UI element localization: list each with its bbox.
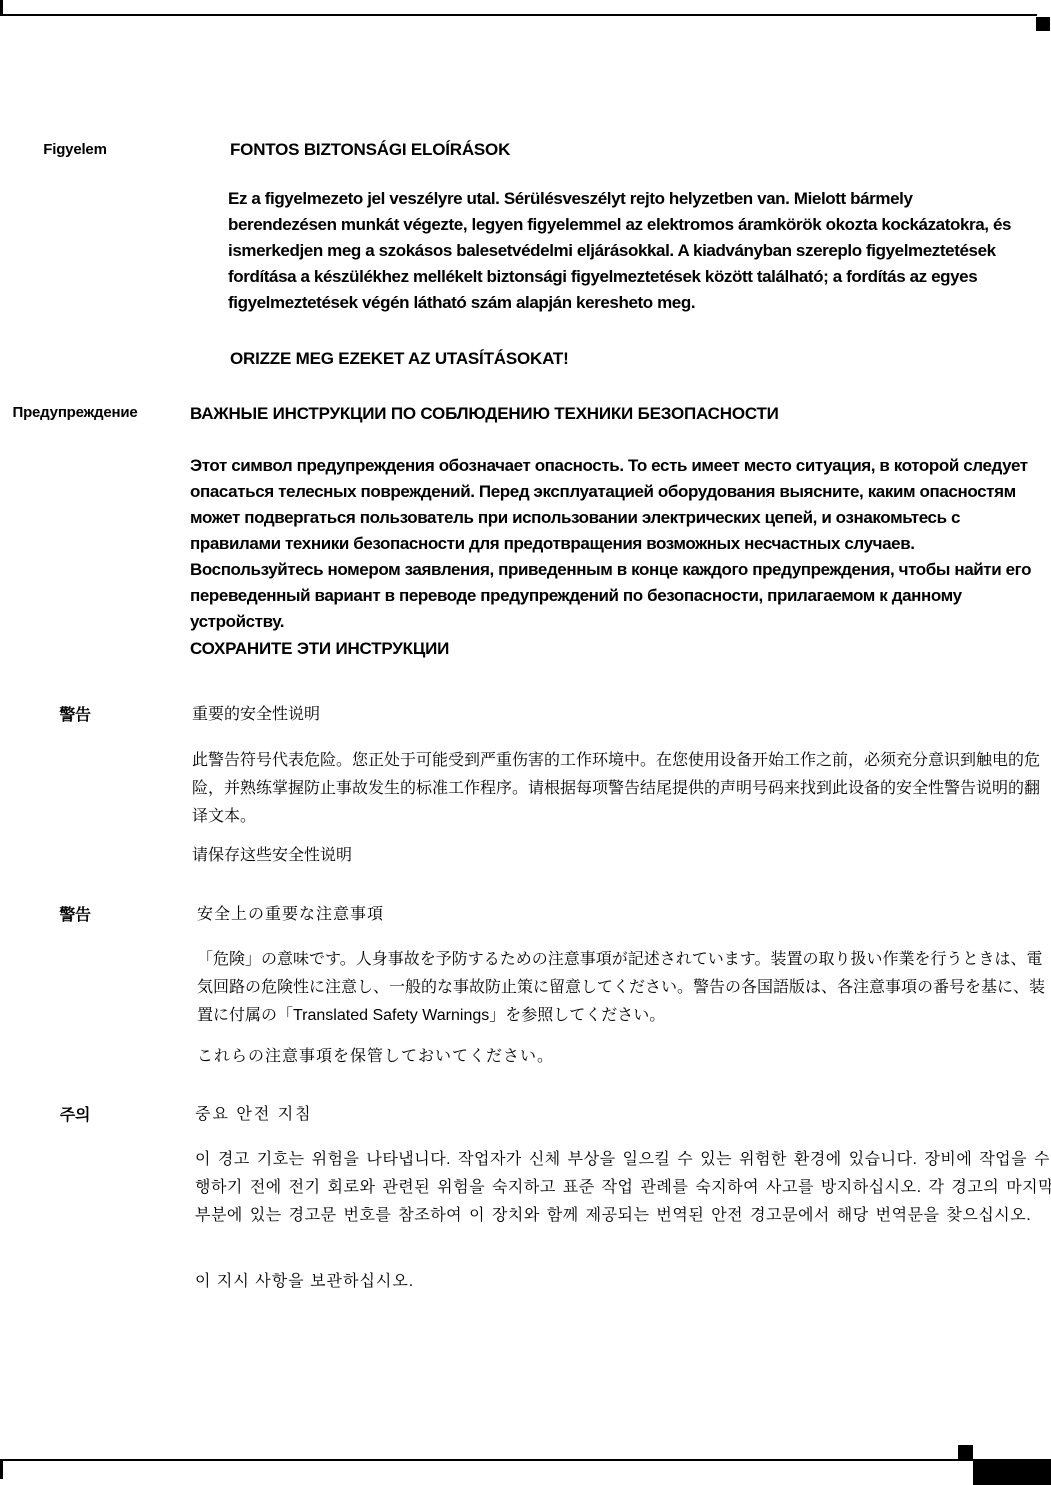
section-footer-line: ORIZZE MEG EZEKET AZ UTASÍTÁSOKAT!	[230, 349, 569, 369]
top-right-corner-square	[1036, 17, 1050, 31]
section-footer-line: これらの注意事項を保管しておいてください。	[197, 1043, 554, 1066]
warning-margin-label: Figyelem	[0, 141, 150, 158]
section-footer-line: 请保存这些安全性说明	[192, 842, 352, 865]
section-heading: 중요 안전 지침	[195, 1101, 313, 1124]
section-heading: 重要的安全性说明	[192, 701, 320, 724]
bottom-left-crop-tick	[0, 1459, 3, 1479]
section-footer-line: СОХРАНИТЕ ЭТИ ИНСТРУКЦИИ	[190, 639, 449, 659]
bottom-right-corner-block	[973, 1459, 1051, 1485]
footer-small-square	[958, 1445, 973, 1460]
safety-warnings-document-page: Figyelem FONTOS BIZTONSÁGI ELOÍRÁSOK Ez …	[0, 0, 1051, 1485]
section-footer-line: 이 지시 사항을 보관하십시오.	[195, 1268, 414, 1291]
warning-margin-label: 주의	[0, 1102, 150, 1125]
section-body-text: Ez a figyelmezeto jel veszélyre utal. Sé…	[228, 186, 1020, 316]
section-heading: ВАЖНЫЕ ИНСТРУКЦИИ ПО СОБЛЮДЕНИЮ ТЕХНИКИ …	[190, 404, 779, 424]
section-body-text: 이 경고 기호는 위험을 나타냅니다. 작업자가 신체 부상을 일으킬 수 있는…	[195, 1146, 1051, 1230]
warning-margin-label: 警告	[0, 702, 150, 725]
section-heading: FONTOS BIZTONSÁGI ELOÍRÁSOK	[230, 140, 510, 160]
section-body-text: 此警告符号代表危险。您正处于可能受到严重伤害的工作环境中。在您使用设备开始工作之…	[192, 747, 1051, 831]
section-body-text: 「危険」の意味です。人身事故を予防するための注意事項が記述されています。装置の取…	[197, 946, 1051, 1030]
footer-rule	[0, 1459, 973, 1461]
section-body-text: Этот символ предупреждения обозначает оп…	[190, 453, 1048, 635]
warning-margin-label: 警告	[0, 902, 150, 925]
header-rule	[0, 14, 1037, 16]
warning-margin-label: Предупреждение	[0, 404, 150, 421]
section-heading: 安全上の重要な注意事項	[197, 901, 384, 924]
